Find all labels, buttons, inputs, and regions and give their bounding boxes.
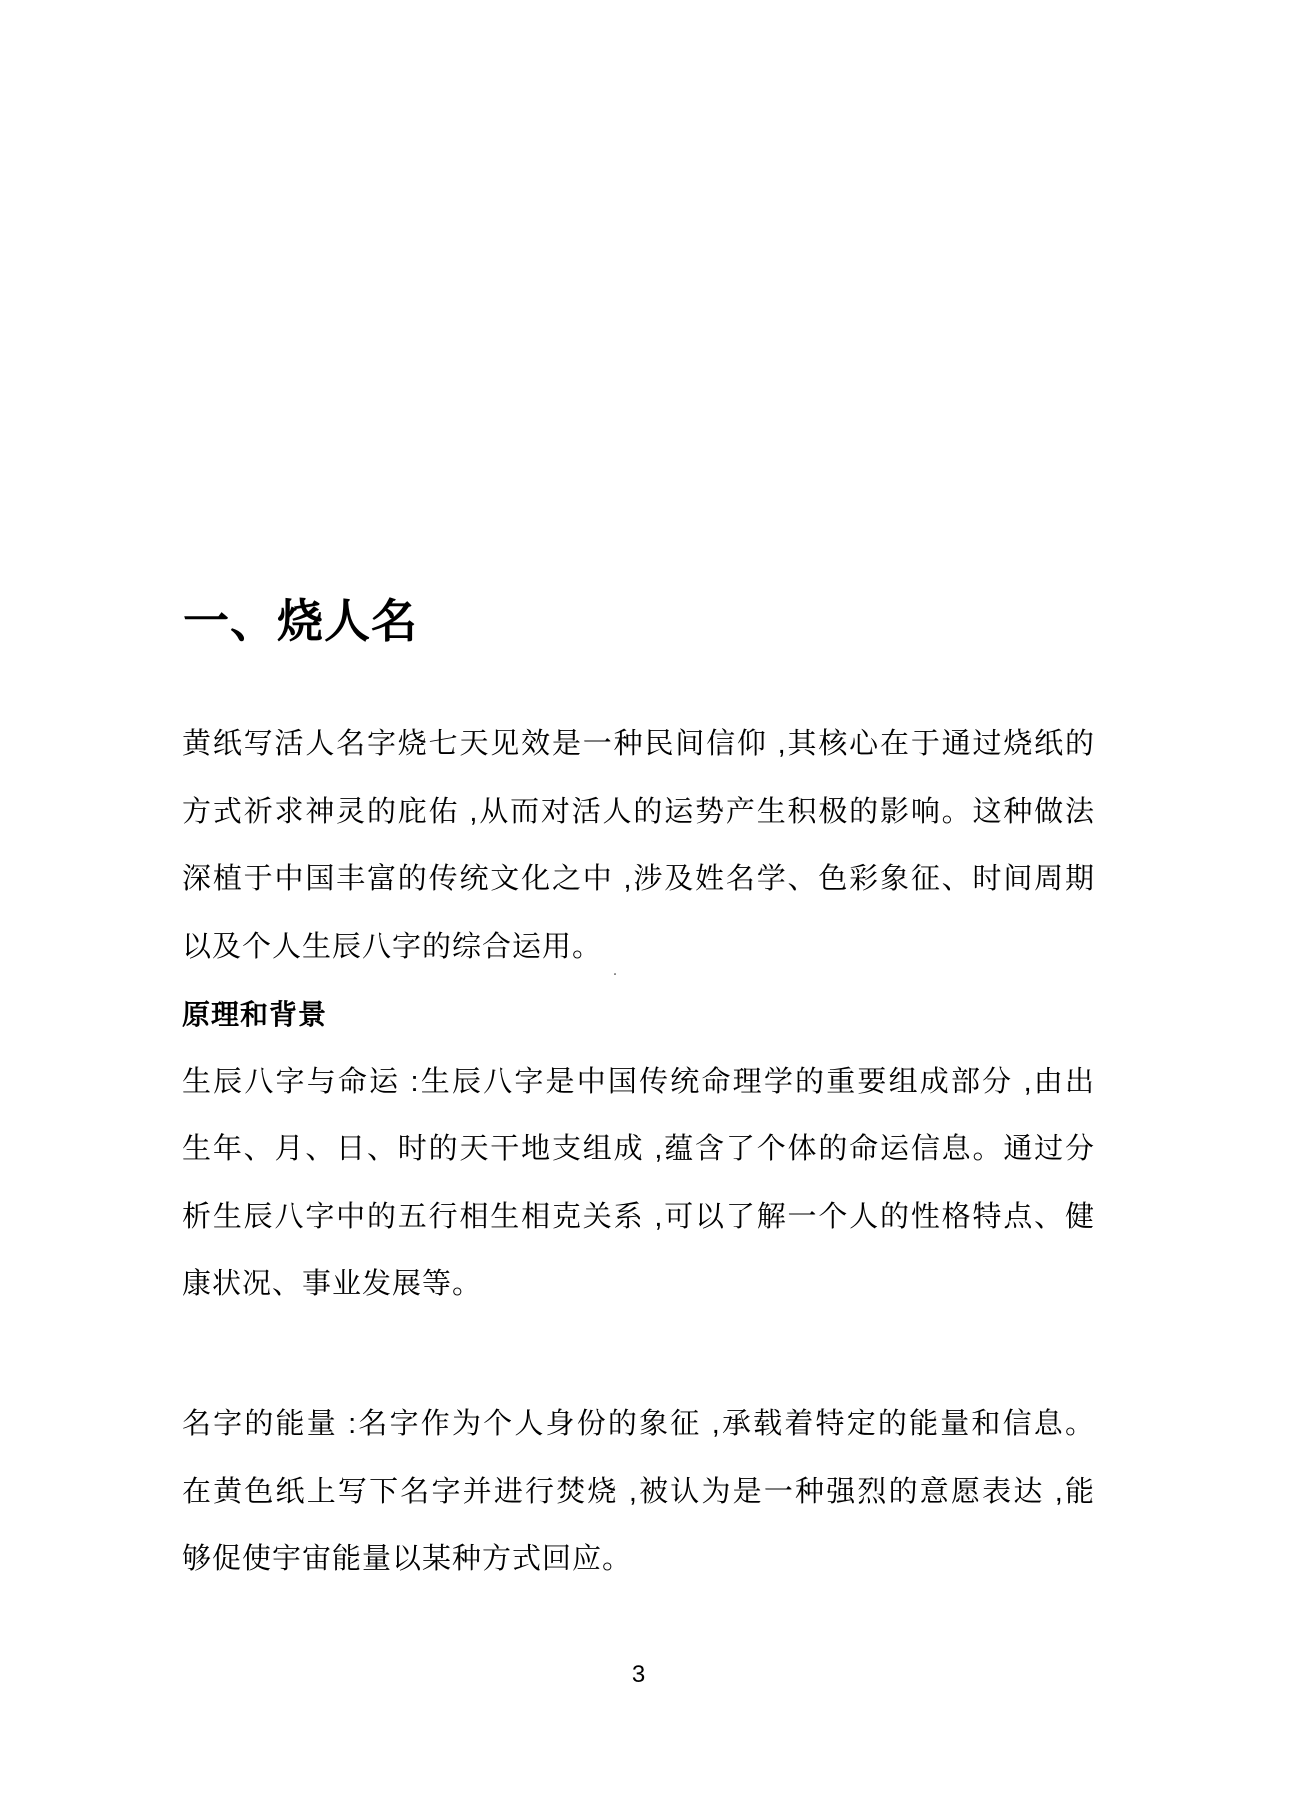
paragraph-bazi: 生辰八字与命运 :生辰八字是中国传统命理学的重要组成部分 ,由出 生年、月、日、…: [182, 1049, 1095, 1319]
text-line: 够促使宇宙能量以某种方式回应。: [182, 1526, 1095, 1594]
text-line: 康状况、事业发展等。: [182, 1251, 1095, 1319]
text-line: 析生辰八字中的五行相生相克关系 ,可以了解一个人的性格特点、健: [182, 1184, 1095, 1252]
subsection-heading: 原理和背景: [182, 981, 1095, 1049]
page-number: 3: [182, 1660, 1095, 1690]
document-page: 一、烧人名 黄纸写活人名字烧七天见效是一种民间信仰 ,其核心在于通过烧纸的 方式…: [0, 0, 1292, 1802]
text-line: 黄纸写活人名字烧七天见效是一种民间信仰 ,其核心在于通过烧纸的: [182, 711, 1095, 779]
section-heading: 一、烧人名: [183, 585, 418, 657]
text-line: 生年、月、日、时的天干地支组成 ,蕴含了个体的命运信息。通过分: [182, 1116, 1095, 1184]
paragraph-name-energy: 名字的能量 :名字作为个人身份的象征 ,承载着特定的能量和信息。 在黄色纸上写下…: [182, 1391, 1095, 1594]
text-line: 深植于中国丰富的传统文化之中 ,涉及姓名学、色彩象征、时间周期: [182, 846, 1095, 914]
text-line: 在黄色纸上写下名字并进行焚烧 ,被认为是一种强烈的意愿表达 ,能: [182, 1459, 1095, 1527]
text-line: 方式祈求神灵的庇佑 ,从而对活人的运势产生积极的影响。这种做法: [182, 779, 1095, 847]
text-line: 生辰八字与命运 :生辰八字是中国传统命理学的重要组成部分 ,由出: [182, 1049, 1095, 1117]
paragraph-intro: 黄纸写活人名字烧七天见效是一种民间信仰 ,其核心在于通过烧纸的 方式祈求神灵的庇…: [182, 711, 1095, 981]
main-text-block: 黄纸写活人名字烧七天见效是一种民间信仰 ,其核心在于通过烧纸的 方式祈求神灵的庇…: [182, 711, 1095, 1319]
text-line: 名字的能量 :名字作为个人身份的象征 ,承载着特定的能量和信息。: [182, 1391, 1095, 1459]
text-line: 以及个人生辰八字的综合运用。: [182, 914, 1095, 982]
